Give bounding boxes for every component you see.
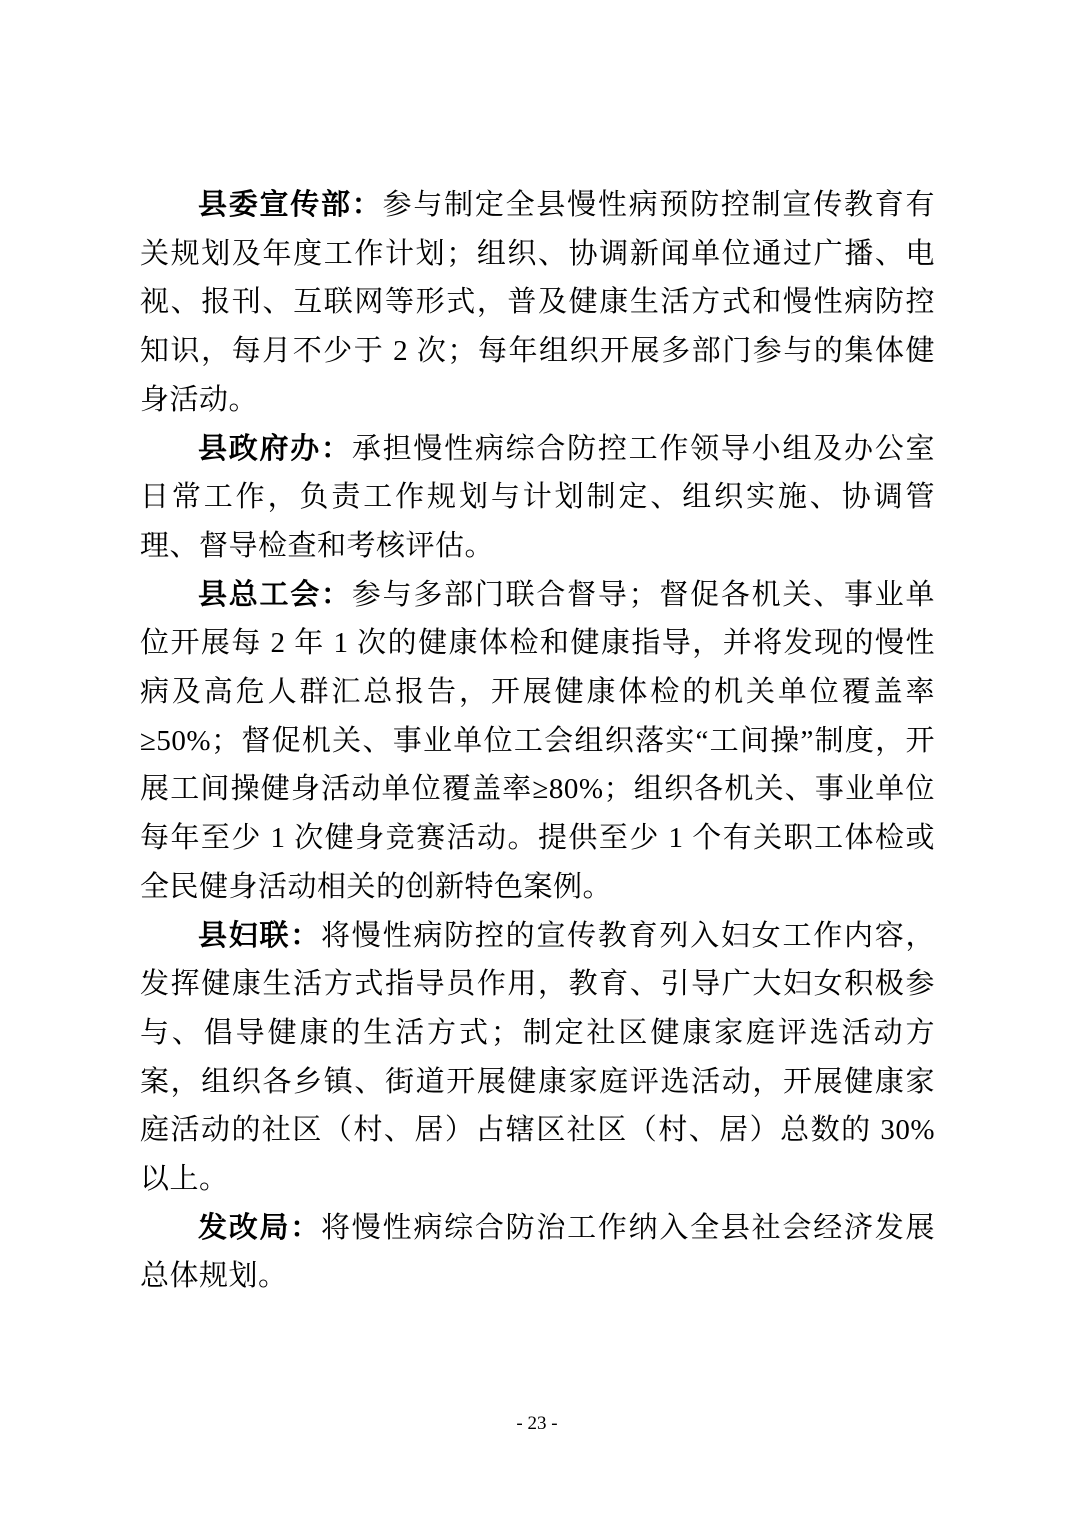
- document-body: 县委宣传部：参与制定全县慢性病预防控制宣传教育有关规划及年度工作计划；组织、协调…: [140, 181, 935, 1301]
- department-name: 发改局：: [198, 1212, 321, 1244]
- department-name: 县总工会：: [198, 579, 352, 611]
- page-number: - 23 -: [516, 1413, 557, 1434]
- paragraph-text: 参与多部门联合督导；督促各机关、事业单位开展每 2 年 1 次的健康体检和健康指…: [140, 579, 935, 903]
- department-name: 县委宣传部：: [198, 189, 383, 221]
- document-page: 县委宣传部：参与制定全县慢性病预防控制宣传教育有关规划及年度工作计划；组织、协调…: [0, 0, 1074, 1520]
- paragraph-trade-union: 县总工会：参与多部门联合督导；督促各机关、事业单位开展每 2 年 1 次的健康体…: [140, 571, 935, 912]
- paragraph-womens-federation: 县妇联：将慢性病防控的宣传教育列入妇女工作内容，发挥健康生活方式指导员作用，教育…: [140, 912, 935, 1204]
- paragraph-text: 参与制定全县慢性病预防控制宣传教育有关规划及年度工作计划；组织、协调新闻单位通过…: [140, 189, 935, 416]
- department-name: 县政府办：: [198, 433, 352, 465]
- paragraph-propaganda-dept: 县委宣传部：参与制定全县慢性病预防控制宣传教育有关规划及年度工作计划；组织、协调…: [140, 181, 935, 425]
- paragraph-development-reform-bureau: 发改局：将慢性病综合防治工作纳入全县社会经济发展总体规划。: [140, 1204, 935, 1301]
- paragraph-government-office: 县政府办：承担慢性病综合防控工作领导小组及办公室日常工作，负责工作规划与计划制定…: [140, 425, 935, 571]
- paragraph-text: 将慢性病防控的宣传教育列入妇女工作内容，发挥健康生活方式指导员作用，教育、引导广…: [140, 920, 935, 1196]
- page-footer: - 23 -: [0, 1413, 1074, 1435]
- department-name: 县妇联：: [198, 920, 321, 952]
